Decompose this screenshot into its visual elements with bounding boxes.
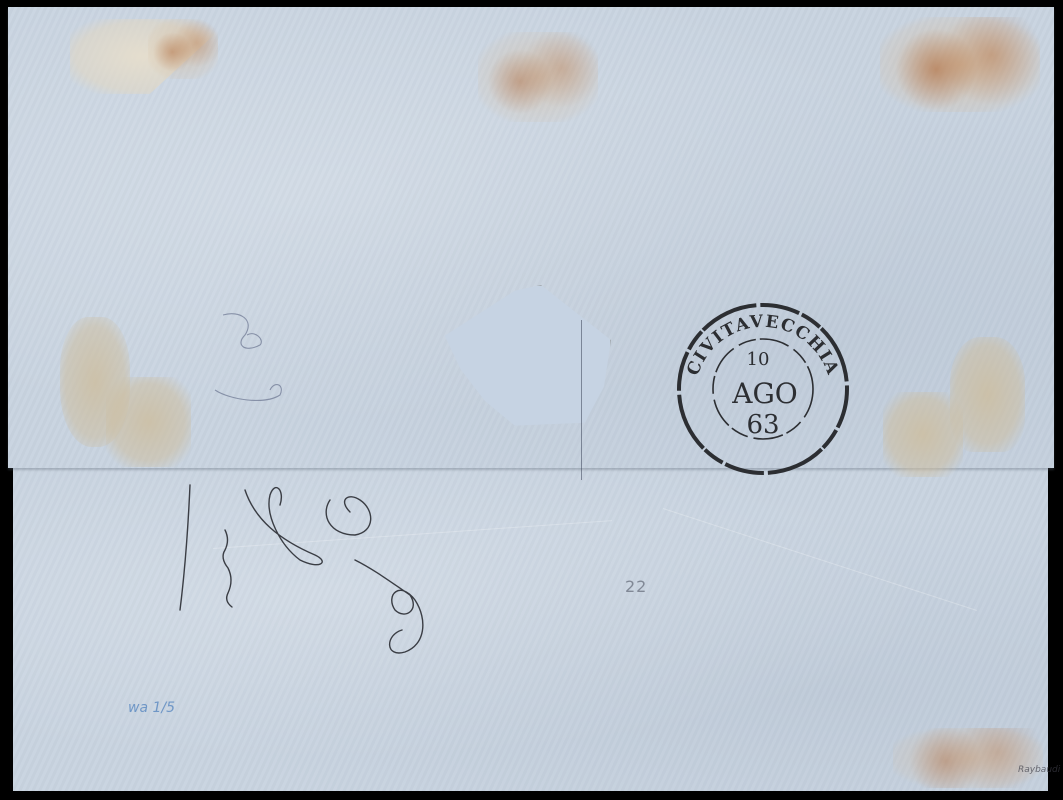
rust-stain-top-center (478, 32, 598, 122)
expertiser-signature: Raybaudi (1018, 765, 1060, 775)
fold-line (581, 320, 582, 480)
postmark: CIVITAVECCHIA 10 AGO 63 (673, 303, 853, 475)
pencil-note (185, 305, 295, 405)
letter-bottom-panel: 22 wa 1/5 Raybaudi (13, 468, 1048, 791)
rust-stain-bottom-right (893, 728, 1043, 788)
rust-stain-top-right (880, 17, 1040, 112)
glue-stain-left-2 (106, 377, 191, 467)
rust-stain-top-left (148, 19, 218, 79)
blue-pencil-note: wa 1/5 (128, 700, 175, 716)
postmark-year: 63 (746, 410, 779, 440)
manuscript-docket (170, 470, 440, 670)
paper-crease (663, 508, 977, 611)
postmark-day: 10 (747, 349, 770, 370)
postmark-month: AGO (731, 377, 798, 410)
glue-stain-right-2 (883, 392, 963, 477)
reference-number: 22 (625, 577, 647, 596)
